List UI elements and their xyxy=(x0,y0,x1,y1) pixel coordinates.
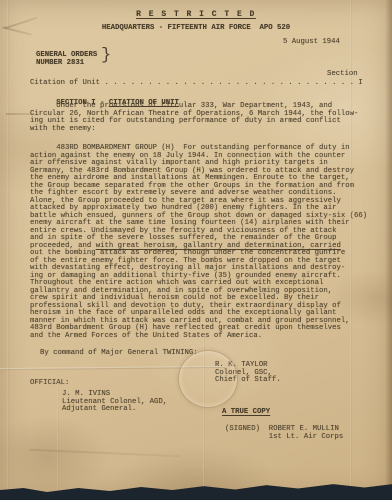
general-orders-block: GENERAL ORDERS NUMBER 2831 xyxy=(36,52,97,67)
official-label: OFFICIAL: xyxy=(30,380,69,388)
text-line: and the Armed Forces of the United State… xyxy=(30,333,367,341)
horizontal-fold-crease xyxy=(0,366,225,370)
table-of-contents-line: Citation of Unit . . . . . . . . . . . .… xyxy=(30,80,363,88)
text-line: 1st Lt. Air Corps xyxy=(225,434,343,442)
brace-glyph: } xyxy=(101,47,111,64)
headquarters-line: HEADQUARTERS - FIFTEENTH AIR FORCE APO 5… xyxy=(0,25,392,33)
vertical-fold-crease xyxy=(203,330,205,497)
adjutant-signature-block: J. M. IVINS Lieutenant Colonel, AGD, Adj… xyxy=(62,391,167,414)
classification-header: R E S T R I C T E D xyxy=(0,11,392,19)
document-paper: R E S T R I C T E D HEADQUARTERS - FIFTE… xyxy=(0,0,392,497)
adjutant-title: Adjutant General. xyxy=(62,406,167,414)
citation-authority-paragraph: Under the provisions of Circular 333, Wa… xyxy=(30,103,358,133)
true-copy-label: A TRUE COPY xyxy=(222,409,270,417)
signed-block: (SIGNED) ROBERT E. MULLIN 1st Lt. Air Co… xyxy=(225,426,343,441)
scanned-document: R E S T R I C T E D HEADQUARTERS - FIFTE… xyxy=(0,0,392,500)
command-line: By command of Major General TWINING: xyxy=(40,350,198,358)
page-edge-shadow xyxy=(385,0,392,497)
date-line: 5 August 1944 xyxy=(283,39,340,47)
text-line: with the enemy: xyxy=(30,126,358,134)
signer-title: Chief of Staff. xyxy=(215,377,281,385)
general-orders-number: NUMBER 2831 xyxy=(36,60,97,68)
citation-body-paragraph: 483RD BOMBARDMENT GROUP (H) For outstand… xyxy=(30,145,367,340)
vertical-fold-crease xyxy=(57,380,59,497)
section-column-label: Section xyxy=(327,71,358,79)
vertical-fold-crease xyxy=(7,0,9,500)
diagonal-crease xyxy=(30,449,180,457)
